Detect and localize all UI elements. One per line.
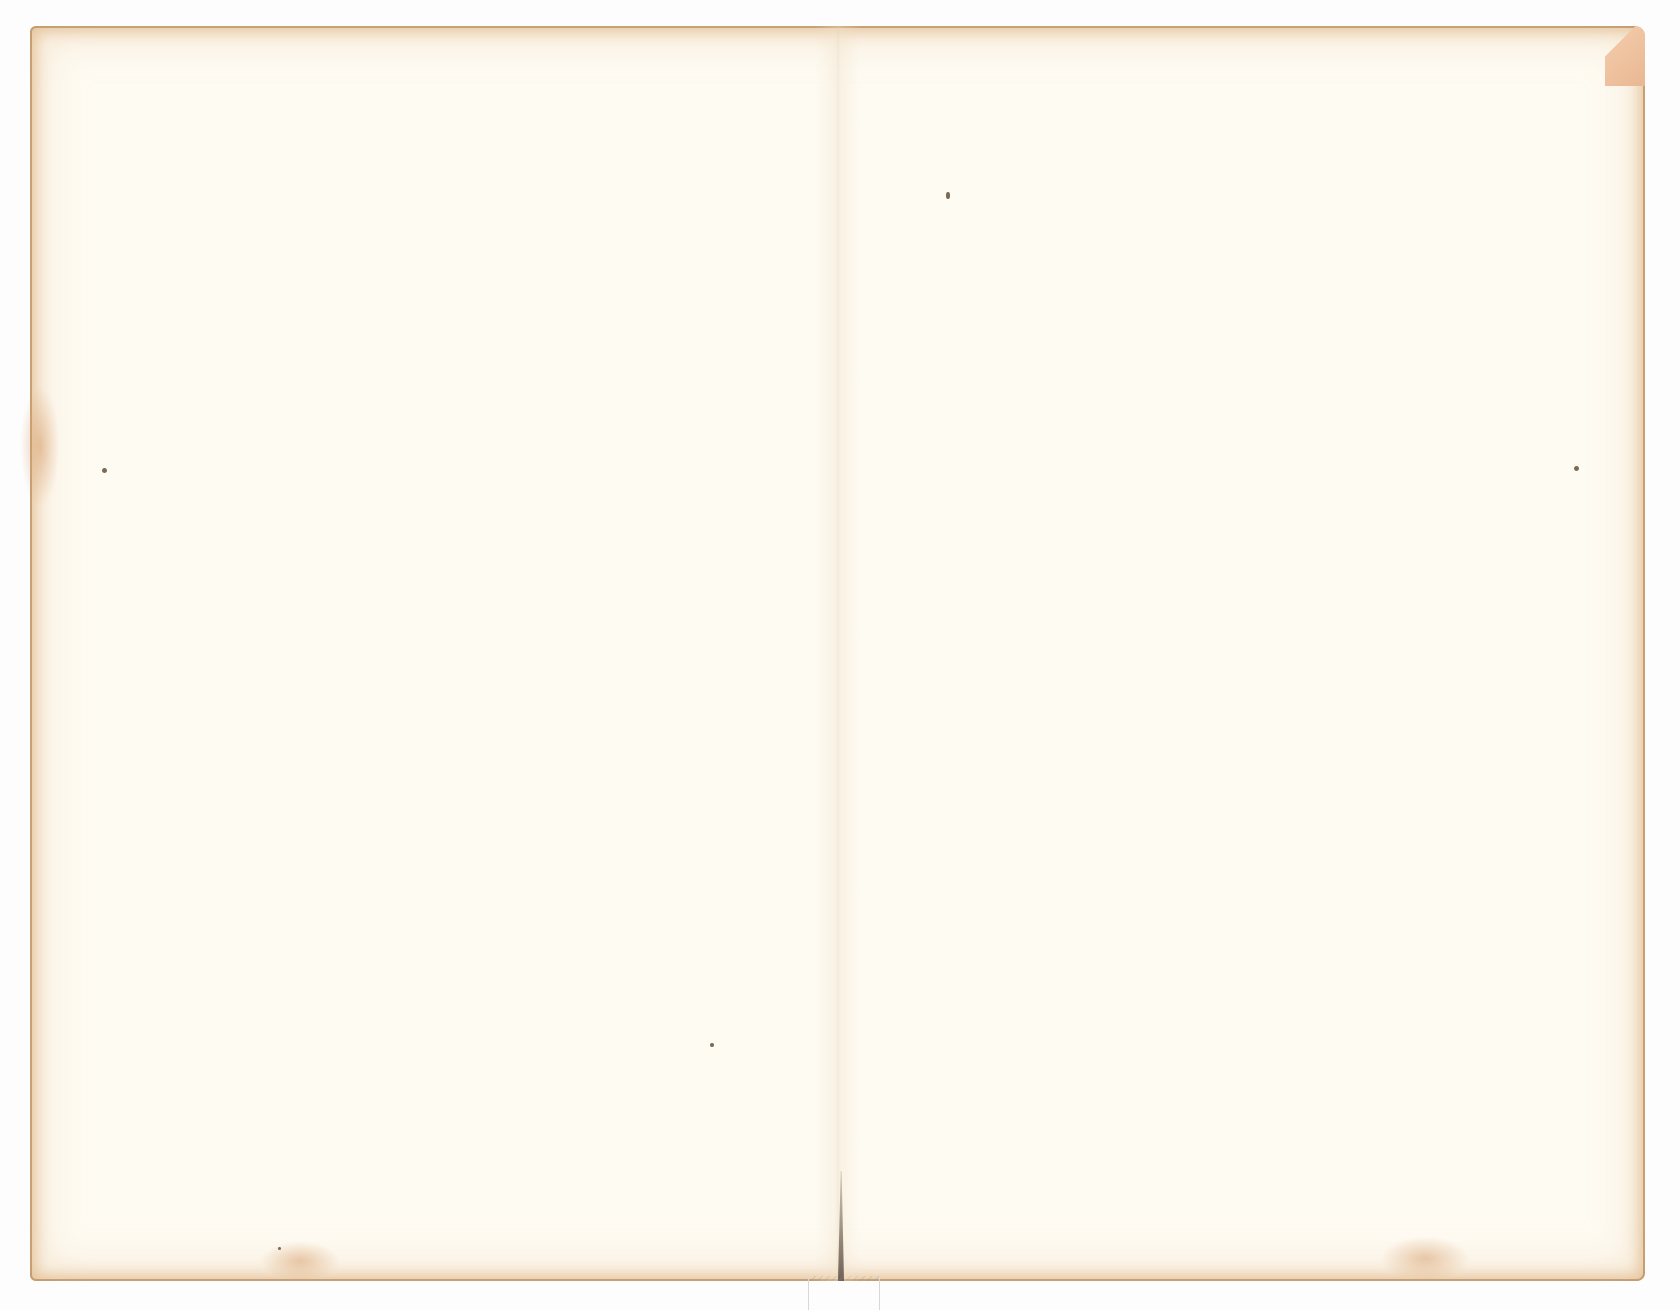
edge-stain: [20, 386, 60, 506]
left-page: [30, 26, 838, 1281]
edge-stain: [1380, 1236, 1470, 1281]
paper-sheet: [30, 26, 1645, 1281]
right-page: [838, 26, 1646, 1281]
ink-speck: [102, 468, 107, 473]
ink-speck: [278, 1247, 281, 1250]
binding-strip: [808, 1276, 880, 1310]
folded-corner: [1605, 26, 1645, 86]
ink-speck: [946, 192, 950, 199]
edge-stain: [260, 1241, 340, 1281]
center-fold: [815, 26, 861, 1281]
ink-speck: [1574, 466, 1579, 471]
ink-speck: [710, 1043, 714, 1047]
